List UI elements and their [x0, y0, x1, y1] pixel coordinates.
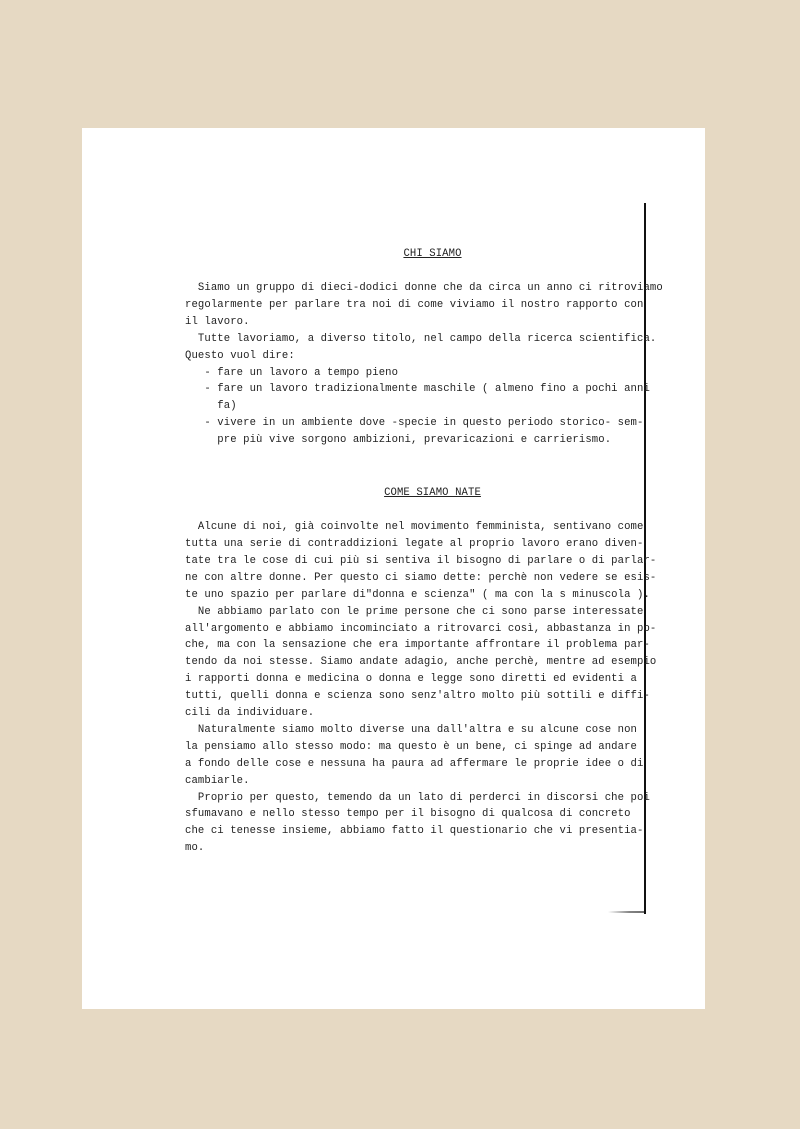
- paragraph-line: Ne abbiamo parlato con le prime persone …: [185, 604, 625, 621]
- paragraph-line: mo.: [185, 840, 625, 857]
- paragraph-line: Siamo un gruppo di dieci-dodici donne ch…: [185, 280, 625, 297]
- paragraph-line: cambiarle.: [185, 773, 625, 790]
- paragraph-line: te uno spazio per parlare di"donna e sci…: [185, 587, 625, 604]
- paragraph-line: tate tra le cose di cui più si sentiva i…: [185, 553, 625, 570]
- bullet-item: - fare un lavoro tradizionalmente maschi…: [185, 381, 625, 398]
- section-heading-come-siamo-nate: COME SIAMO NATE: [240, 485, 625, 502]
- paragraph-line: tendo da noi stesse. Siamo andate adagio…: [185, 654, 625, 671]
- paragraph-line: ne con altre donne. Per questo ci siamo …: [185, 570, 625, 587]
- section-heading-chi-siamo: CHI SIAMO: [240, 246, 625, 263]
- paragraph-line: a fondo delle cose e nessuna ha paura ad…: [185, 756, 625, 773]
- paragraph-line: Tutte lavoriamo, a diverso titolo, nel c…: [185, 331, 625, 348]
- paragraph-line: i rapporti donna e medicina o donna e le…: [185, 671, 625, 688]
- paragraph-line: Proprio per questo, temendo da un lato d…: [185, 790, 625, 807]
- paragraph-line: Alcune di noi, già coinvolte nel movimen…: [185, 519, 625, 536]
- paragraph-line: sfumavano e nello stesso tempo per il bi…: [185, 806, 625, 823]
- paragraph-line: Questo vuol dire:: [185, 348, 625, 365]
- page-border-tick: [608, 911, 644, 913]
- paragraph-line: Naturalmente siamo molto diverse una dal…: [185, 722, 625, 739]
- paragraph-line: tutta una serie di contraddizioni legate…: [185, 536, 625, 553]
- paragraph-line: cili da individuare.: [185, 705, 625, 722]
- paragraph-line: tutti, quelli donna e scienza sono senz'…: [185, 688, 625, 705]
- paragraph-line: che, ma con la sensazione che era import…: [185, 637, 625, 654]
- paragraph-line: all'argomento e abbiamo incominciato a r…: [185, 621, 625, 638]
- bullet-item: - vivere in un ambiente dove -specie in …: [185, 415, 625, 432]
- document-page: CHI SIAMO Siamo un gruppo di dieci-dodic…: [82, 128, 705, 1009]
- bullet-item: - fare un lavoro a tempo pieno: [185, 365, 625, 382]
- document-body: CHI SIAMO Siamo un gruppo di dieci-dodic…: [185, 246, 625, 857]
- paragraph-line: che ci tenesse insieme, abbiamo fatto il…: [185, 823, 625, 840]
- paragraph-line: la pensiamo allo stesso modo: ma questo …: [185, 739, 625, 756]
- paragraph-line: regolarmente per parlare tra noi di come…: [185, 297, 625, 314]
- paragraph-line: il lavoro.: [185, 314, 625, 331]
- bullet-item-continuation: pre più vive sorgono ambizioni, prevaric…: [185, 432, 625, 449]
- bullet-item-continuation: fa): [185, 398, 625, 415]
